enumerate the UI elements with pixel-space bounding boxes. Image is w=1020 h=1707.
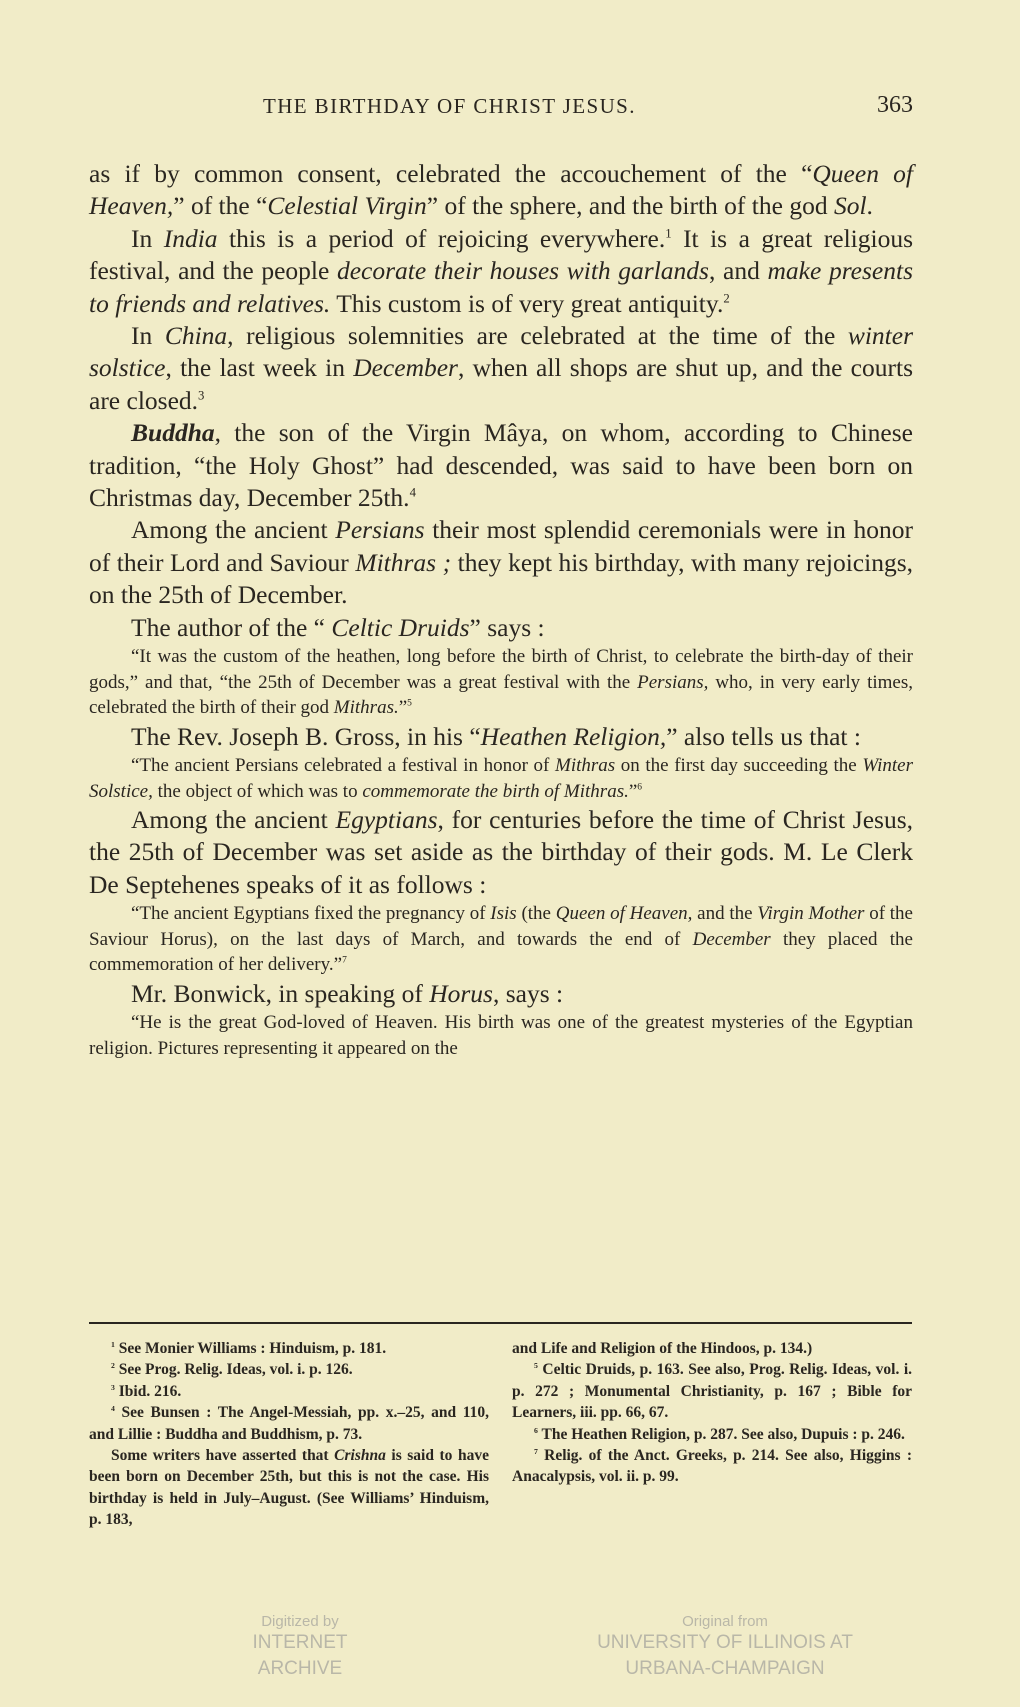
paragraph: as if by common consent, celebrated the … <box>89 158 913 223</box>
footnote: 1 See Monier Williams : Hinduism, p. 181… <box>89 1338 489 1359</box>
paragraph: Buddha, the son of the Virgin Mâya, on w… <box>89 417 913 514</box>
footnote: 2 See Prog. Relig. Ideas, vol. i. p. 126… <box>89 1359 489 1380</box>
footnote-continuation: and Life and Religion of the Hindoos, p.… <box>512 1338 912 1359</box>
footnotes: 1 See Monier Williams : Hinduism, p. 181… <box>89 1338 912 1531</box>
footnote: 6 The Heathen Religion, p. 287. See also… <box>512 1424 912 1445</box>
footnote-divider <box>89 1322 912 1324</box>
paragraph: In India this is a period of rejoicing e… <box>89 223 913 320</box>
footnote-ref: 2 <box>723 291 729 305</box>
watermark-digitized-by: Digitized by INTERNET ARCHIVE <box>210 1613 390 1682</box>
block-quote: “The ancient Persians celebrated a festi… <box>89 753 913 804</box>
footnote-ref: 5 <box>407 699 412 709</box>
footnote: 3 Ibid. 216. <box>89 1381 489 1402</box>
footnote-ref: 4 <box>410 486 416 500</box>
book-page: THE BIRTHDAY OF CHRIST JESUS. 363 as if … <box>0 0 1020 1707</box>
watermark-original-from: Original from UNIVERSITY OF ILLINOIS AT … <box>580 1613 870 1682</box>
footnote-ref: 7 <box>342 956 347 966</box>
block-quote: “The ancient Egyptians fixed the pregnan… <box>89 901 913 978</box>
footnotes-right-column: and Life and Religion of the Hindoos, p.… <box>512 1338 912 1531</box>
paragraph: The author of the “ Celtic Druids” says … <box>89 612 913 644</box>
footnote-continuation: Some writers have asserted that Crishna … <box>89 1445 489 1531</box>
paragraph: In China, religious solemnities are cele… <box>89 320 913 417</box>
block-quote: “He is the great God-loved of Heaven. Hi… <box>89 1010 913 1061</box>
paragraph: Among the ancient Persians their most sp… <box>89 514 913 611</box>
footnote: 4 See Bunsen : The Angel-Messiah, pp. x.… <box>89 1402 489 1445</box>
paragraph: Among the ancient Egyptians, for centuri… <box>89 804 913 901</box>
running-header: THE BIRTHDAY OF CHRIST JESUS. 363 <box>263 94 913 119</box>
footnote-ref: 6 <box>637 782 642 792</box>
page-number: 363 <box>877 92 913 119</box>
footnote-ref: 3 <box>198 388 204 402</box>
paragraph: The Rev. Joseph B. Gross, in his “Heathe… <box>89 721 913 753</box>
footnote: 7 Relig. of the Anct. Greeks, p. 214. Se… <box>512 1445 912 1488</box>
footnotes-left-column: 1 See Monier Williams : Hinduism, p. 181… <box>89 1338 489 1531</box>
block-quote: “It was the custom of the heathen, long … <box>89 644 913 721</box>
paragraph: Mr. Bonwick, in speaking of Horus, says … <box>89 978 913 1010</box>
footnote: 5 Celtic Druids, p. 163. See also, Prog.… <box>512 1359 912 1423</box>
main-text: as if by common consent, celebrated the … <box>89 158 913 1061</box>
chapter-title: THE BIRTHDAY OF CHRIST JESUS. <box>263 94 636 118</box>
